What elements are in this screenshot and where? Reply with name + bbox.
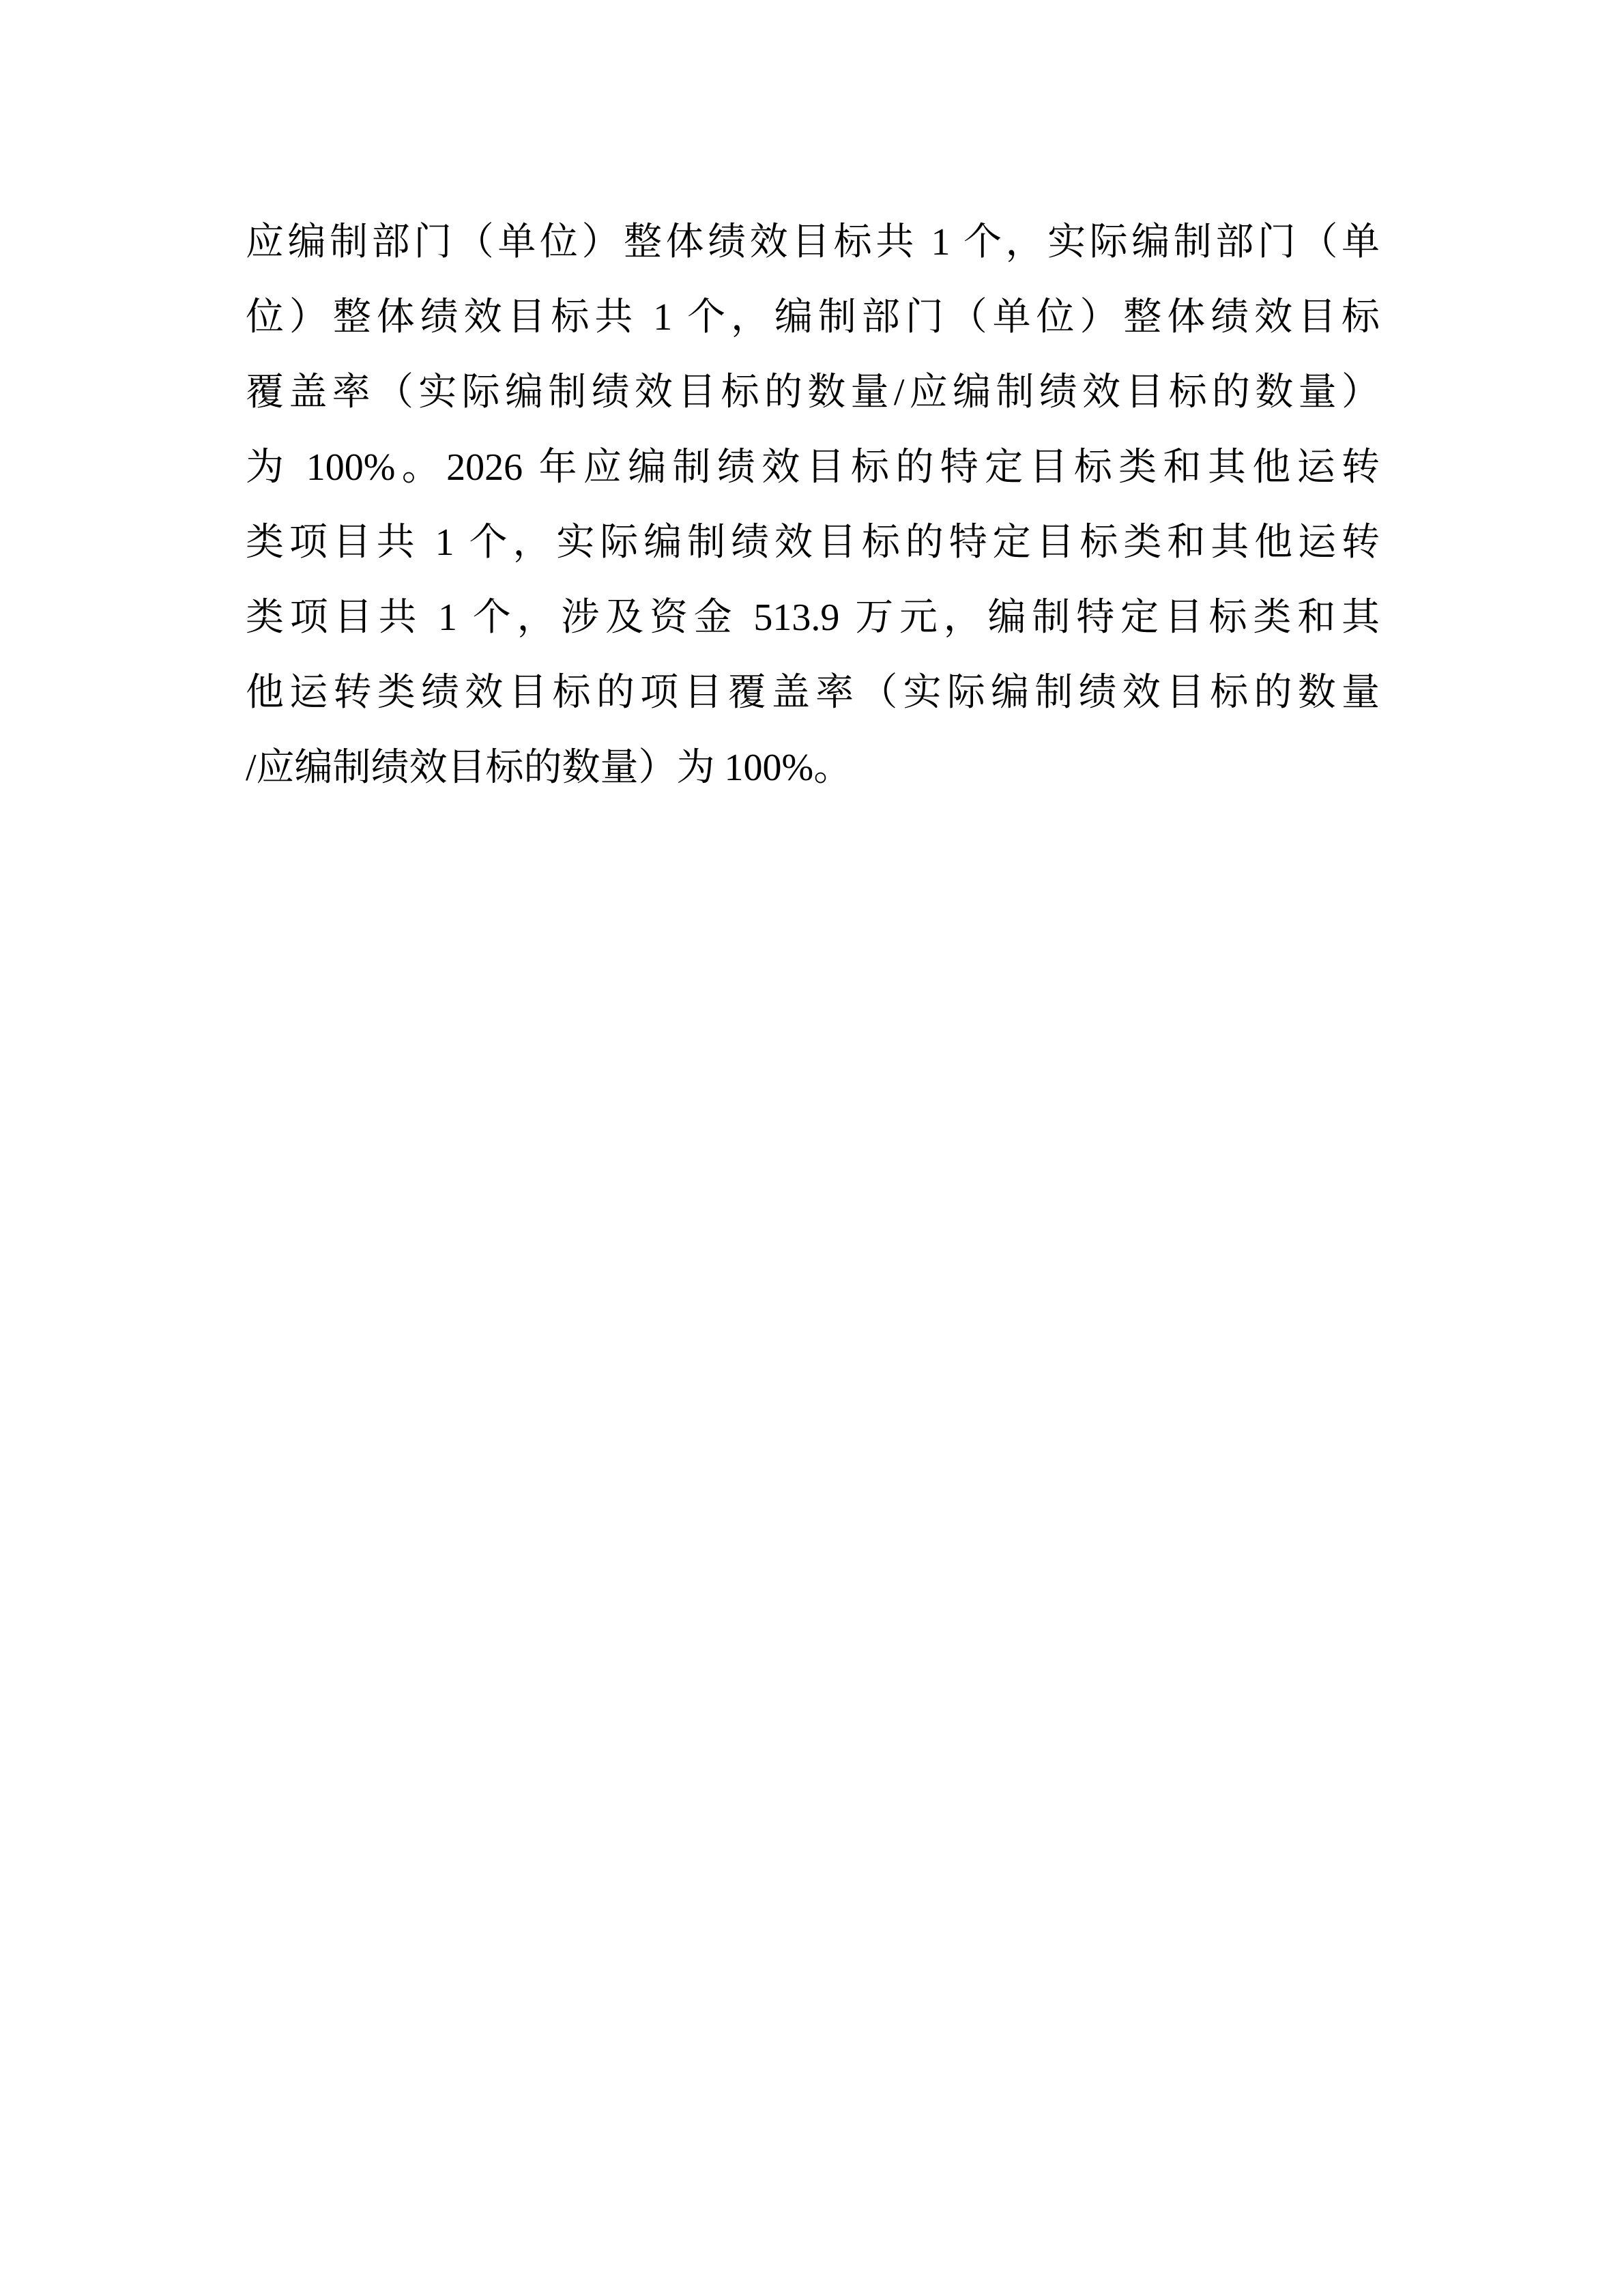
paragraph-line: 为 100%。2026 年应编制绩效目标的特定目标类和其他运转 bbox=[246, 430, 1380, 505]
paragraph-line: 类项目共 1 个，涉及资金 513.9 万元，编制特定目标类和其 bbox=[246, 580, 1380, 655]
paragraph-line: /应编制绩效目标的数量）为 100%。 bbox=[246, 730, 1380, 805]
paragraph-line: 位）整体绩效目标共 1 个，编制部门（单位）整体绩效目标 bbox=[246, 280, 1380, 355]
paragraph-line: 覆盖率（实际编制绩效目标的数量/应编制绩效目标的数量） bbox=[246, 355, 1380, 430]
paragraph-line: 应编制部门（单位）整体绩效目标共 1 个，实际编制部门（单 bbox=[246, 205, 1380, 280]
paragraph-line: 他运转类绩效目标的项目覆盖率（实际编制绩效目标的数量 bbox=[246, 655, 1380, 730]
document-page: 应编制部门（单位）整体绩效目标共 1 个，实际编制部门（单 位）整体绩效目标共 … bbox=[0, 0, 1624, 2296]
body-paragraph: 应编制部门（单位）整体绩效目标共 1 个，实际编制部门（单 位）整体绩效目标共 … bbox=[246, 205, 1380, 805]
paragraph-line: 类项目共 1 个，实际编制绩效目标的特定目标类和其他运转 bbox=[246, 505, 1380, 580]
